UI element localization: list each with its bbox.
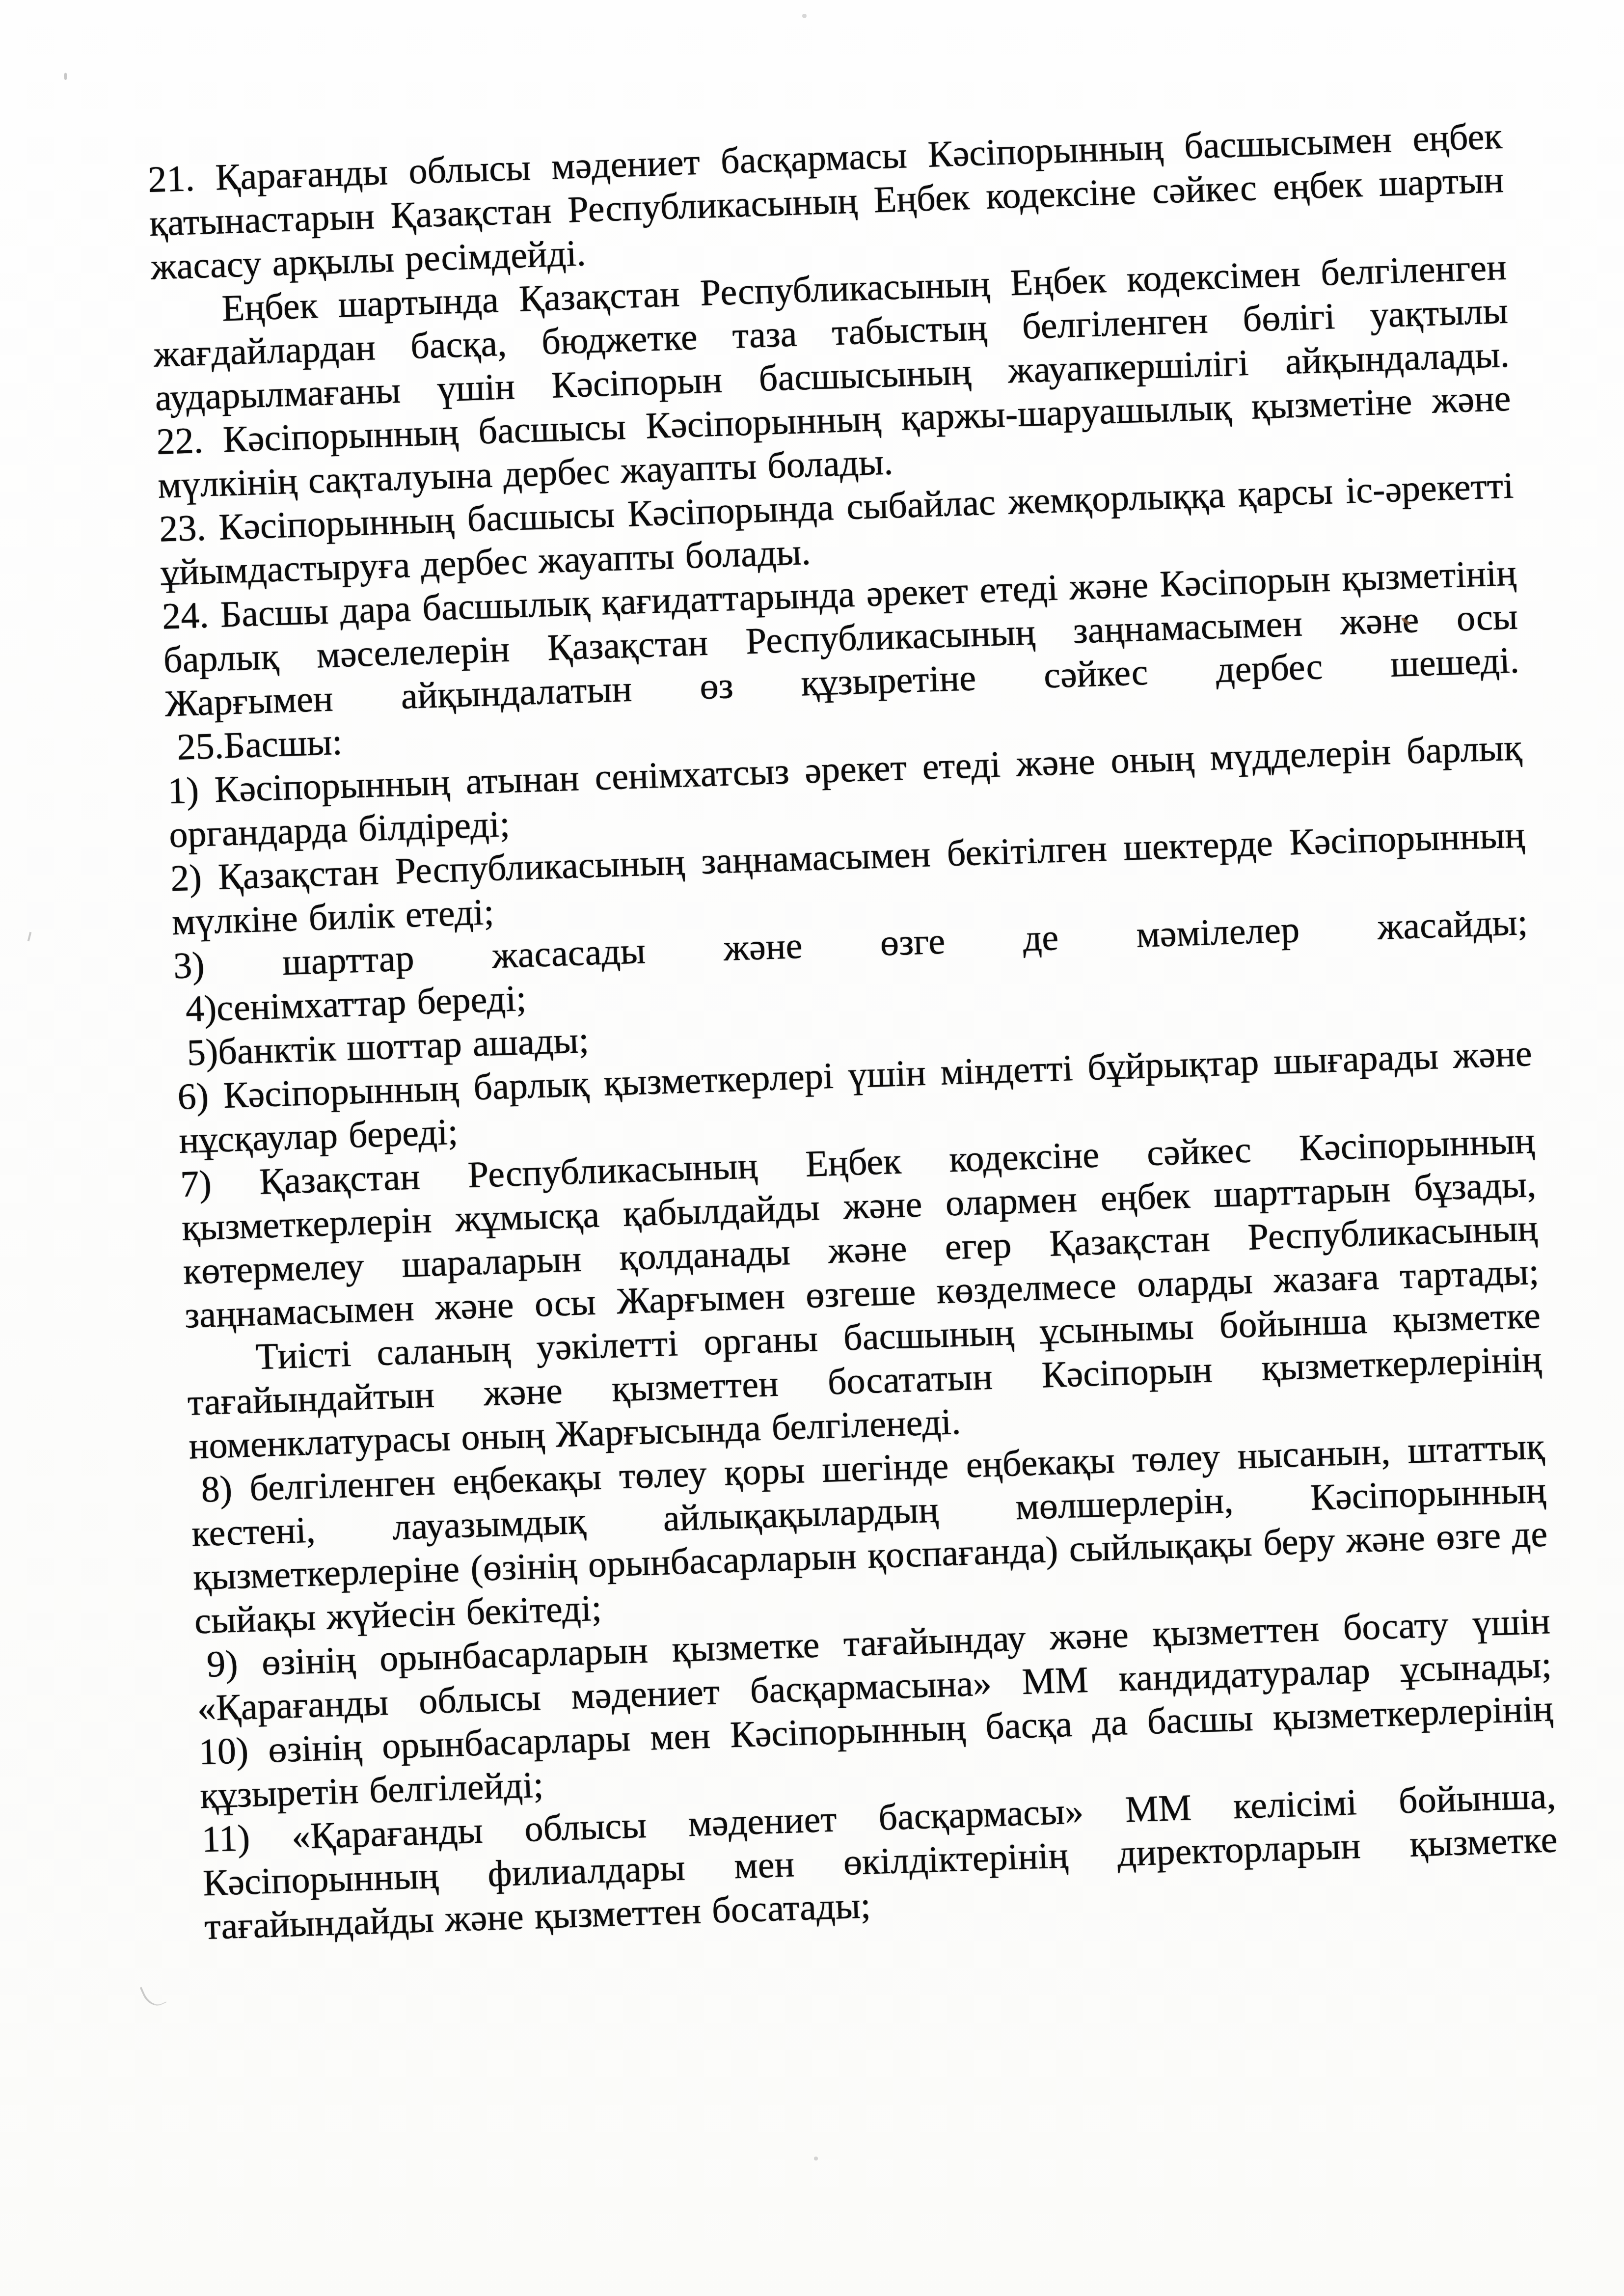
scan-speck — [814, 2157, 818, 2160]
scanned-document-page: 21. Қарағанды облысы мәдениет басқармасы… — [0, 0, 1624, 2296]
scan-squiggle — [139, 1980, 166, 2010]
document-text: 21. Қарағанды облысы мәдениет басқармасы… — [147, 114, 1559, 1949]
scan-speck — [64, 73, 67, 80]
scan-speck — [802, 14, 807, 18]
scan-speck — [27, 932, 31, 941]
